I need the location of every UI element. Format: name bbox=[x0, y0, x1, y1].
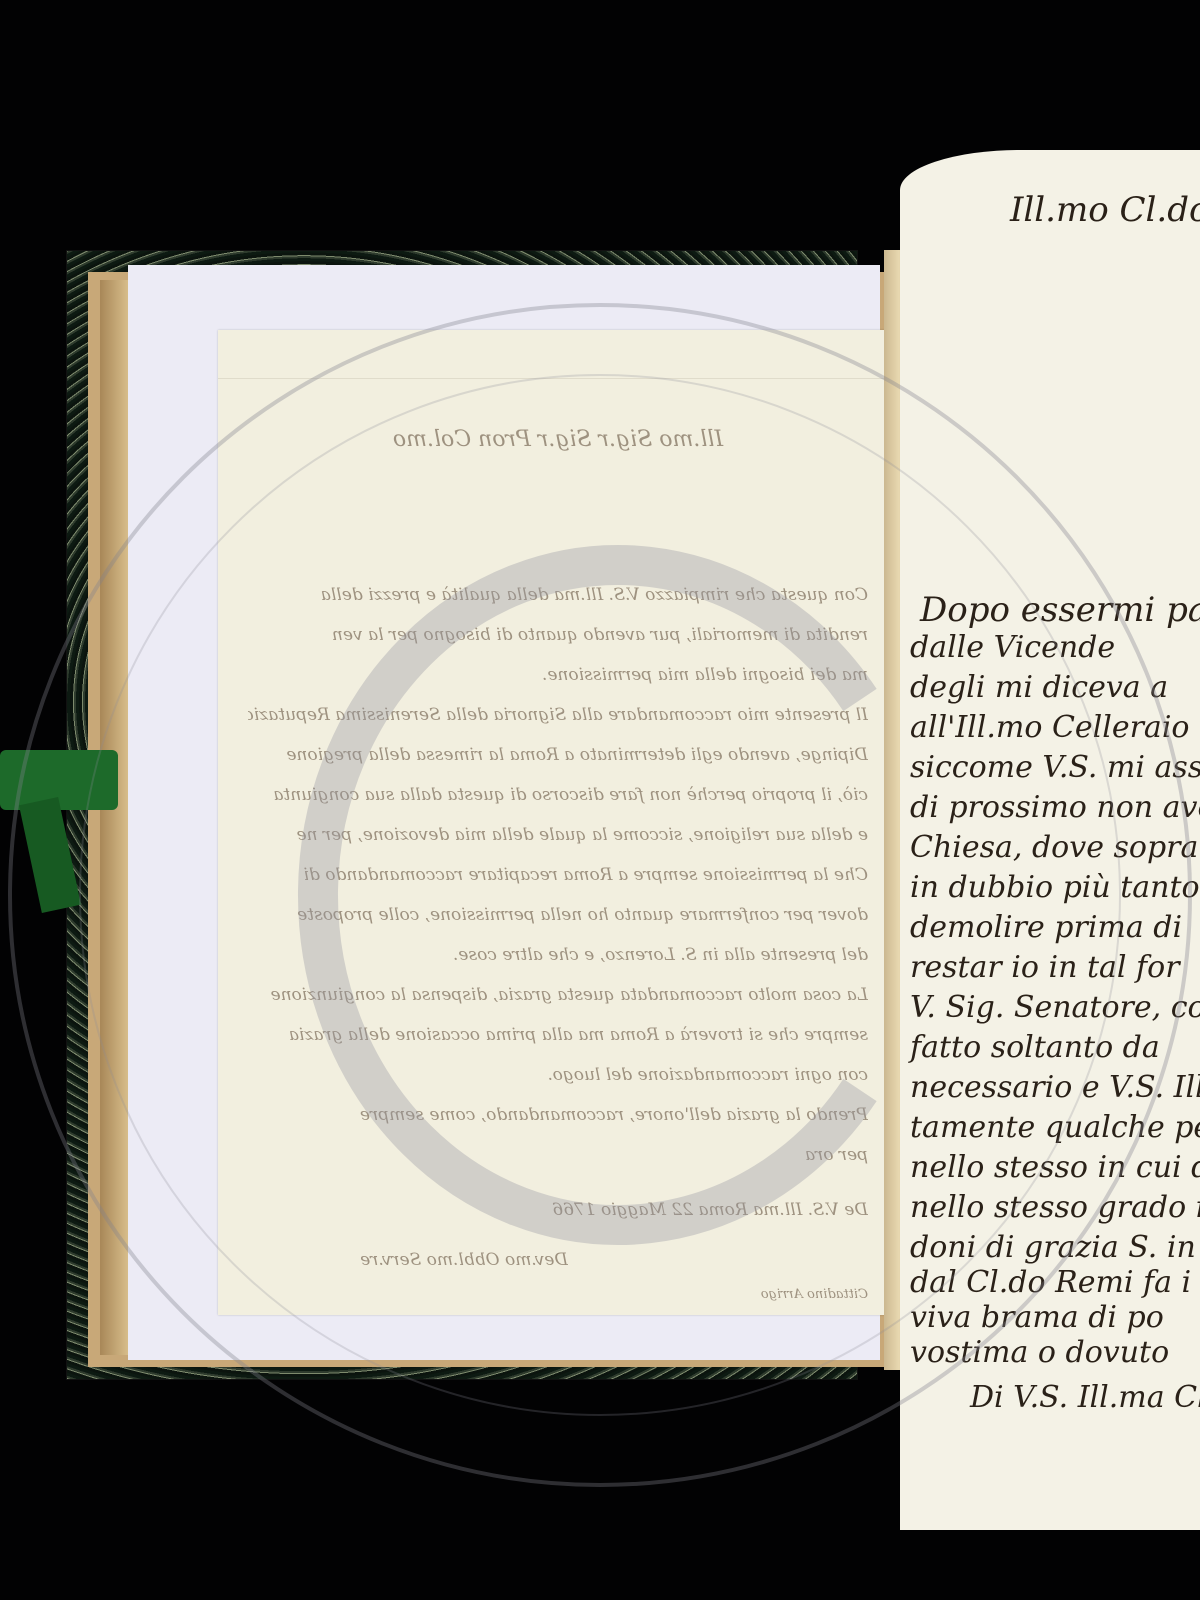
right-line: tamente qualche pe bbox=[910, 1110, 1200, 1145]
right-line: necessario e V.S. Ill.ma bbox=[910, 1070, 1200, 1105]
right-line: nello stesso in cui di bbox=[910, 1150, 1200, 1185]
right-line: degli mi diceva a bbox=[910, 670, 1168, 705]
left-line: Il presente mio raccomandare alla Signor… bbox=[248, 695, 868, 735]
left-line: dover per confermare quanto ho nella per… bbox=[248, 895, 868, 935]
right-line: di prossimo non aver bbox=[910, 790, 1200, 825]
left-bottom-note: Cittadino Arrigo bbox=[318, 1275, 868, 1315]
right-line: Dopo essermi pa bbox=[920, 590, 1200, 630]
right-line: vostima o dovuto bbox=[910, 1335, 1169, 1370]
right-line: nello stesso grado in bbox=[910, 1190, 1200, 1225]
left-line: Dipinge, avendo egli determinato a Roma … bbox=[248, 735, 868, 775]
right-line: siccome V.S. mi asser bbox=[910, 750, 1200, 785]
left-page-heading: Ill.mo Sig.r Sig.r Pron Col.mo bbox=[248, 420, 868, 460]
left-line: sempre che si troverà a Roma ma alla pri… bbox=[248, 1015, 868, 1055]
left-line: rendita di memoriali, pur avendo quanto … bbox=[248, 615, 868, 655]
left-line: del presente alla in S. Lorenzo, e che a… bbox=[248, 935, 868, 975]
right-line: fatto soltanto da bbox=[910, 1030, 1160, 1065]
left-line: per ora bbox=[248, 1135, 868, 1175]
right-line: dal Cl.do Remi fa i bbox=[910, 1265, 1191, 1300]
right-line: demolire prima di bbox=[910, 910, 1182, 945]
right-line: restar io in tal for bbox=[910, 950, 1180, 985]
right-line: dalle Vicende bbox=[910, 630, 1115, 665]
left-page: Ill.mo Sig.r Sig.r Pron Col.mo Con quest… bbox=[218, 330, 898, 1315]
right-salutation: Ill.mo Cl.do bbox=[1010, 190, 1200, 230]
left-signature-name: Dev.mo Obbl.mo Serv.re bbox=[248, 1240, 568, 1280]
page-edge-left bbox=[100, 280, 128, 1355]
left-line: ciò, il proprio perchè non fare discorso… bbox=[248, 775, 868, 815]
left-signature-date: De V.S. Ill.ma Roma 22 Maggio 1766 bbox=[418, 1190, 868, 1230]
left-page-top-strip bbox=[218, 330, 898, 379]
right-closing: Di V.S. Ill.ma Cl.do bbox=[970, 1380, 1200, 1415]
right-page: Ill.mo Cl.do Dopo essermi pa dalle Vicen… bbox=[900, 150, 1200, 1530]
left-line: Con questa che rimpiazzo V.S. Ill.ma del… bbox=[248, 575, 868, 615]
right-line: viva brama di po bbox=[910, 1300, 1164, 1335]
right-line: V. Sig. Senatore, co bbox=[910, 990, 1200, 1025]
right-line: in dubbio più tanto bbox=[910, 870, 1200, 905]
left-line: Prendo la grazia dell'onore, raccomandan… bbox=[248, 1095, 868, 1135]
right-line: Chiesa, dove sopra bbox=[910, 830, 1198, 865]
right-line: doni di grazia S. in bbox=[910, 1230, 1196, 1265]
left-line: e della sua religione, siccome la quale … bbox=[248, 815, 868, 855]
left-line: Che la permissione sempre a Roma recapit… bbox=[248, 855, 868, 895]
left-line: La cosa molto raccomandata questa grazia… bbox=[248, 975, 868, 1015]
left-line: ma dei bisogni della mia permissione. bbox=[248, 655, 868, 695]
right-line: all'Ill.mo Celleraio a bbox=[910, 710, 1200, 745]
left-line: con ogni raccomandazione del luogo. bbox=[248, 1055, 868, 1095]
